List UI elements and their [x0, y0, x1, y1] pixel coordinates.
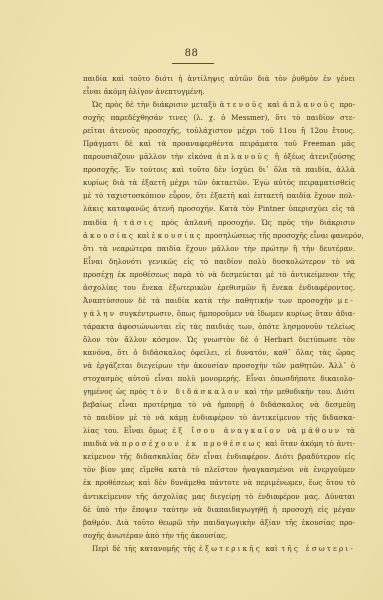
text-segment: κανόνα, ὅτι ὁ διδάσκαλος ὀφείλει, εἰ δυν…	[83, 348, 355, 357]
text-line: γημένος ὡς πρὸς τὸν διδάσκαλον καὶ τὴν μ…	[83, 385, 355, 398]
text-segment: γημένος ὡς πρὸς	[83, 387, 151, 396]
spaced-emphasis: ἑκουσίας	[152, 231, 203, 240]
text-line: ἀντικείμενον τῆς ἀσχολίας μας διεγείρῃ τ…	[83, 490, 355, 503]
text-segment: νὰ ἐργάζεται διεγείρων τὴν ἀκουσίαν προσ…	[83, 361, 355, 370]
spaced-emphasis: προσέχουν ἐκ προθέσεως	[122, 439, 263, 448]
text-segment: πρὸς ἀπλανῆ προσοχήν. Ὡς πρὸς τὴν διάκρι…	[155, 218, 355, 227]
spaced-emphasis: τάσις	[124, 218, 155, 227]
text-segment: στοχασμὸς αὐτοῦ εἶναι πολὺ μονομερής. Εἶ…	[83, 374, 355, 383]
text-segment: προσέχῃ ἐκ προθέσεως παρὰ τὸ νὰ δεσμεύετ…	[83, 270, 355, 279]
text-segment: Περὶ δὲ τῆς κατανομῆς τῆς	[92, 544, 199, 553]
text-line: παιδία καὶ τοῦτο διότι ἡ ἀντίληψις αὐτῶν…	[83, 72, 355, 85]
text-line: ρεῖται ἀτενοῦς προσοχῆς, τοὐλάχιστον μέχ…	[83, 124, 355, 137]
text-segment: δὲ ὑπὸ τὴν ἔποψιν ταύτην νὰ διαπαιδαγωγη…	[83, 505, 355, 514]
text-segment: Εἶναι δηλονότι γενικῶς εἰς τὸ παιδίον πο…	[83, 257, 355, 266]
text-segment: νὰ	[282, 426, 301, 435]
text-segment: προσοχῆς. Ἐν τούτοις καὶ τοῦτο δὲν ἰσχύε…	[83, 165, 355, 174]
text-segment: βεβαίως εἶναι προτέρημα τὸ νὰ ἠμπορῇ ὁ δ…	[83, 400, 355, 409]
text-line: Ἀναπτύσσουν δὲ τὰ παιδία κατὰ τὴν παθητι…	[83, 294, 355, 307]
text-line: Εἶναι δηλονότι γενικῶς εἰς τὸ παιδίον πο…	[83, 255, 355, 268]
text-segment: ὅτι τὰ νεαρώτερα παιδία ἔχουν μᾶλλον τὴν…	[83, 244, 355, 253]
spaced-emphasis: ἀκουσίας	[83, 231, 135, 240]
text-segment: καὶ ὅταν ἀκόμη τὸ ἀντι-	[263, 439, 355, 448]
spaced-emphasis: ἐξ ἴσου ἀναγκαῖον	[172, 426, 282, 435]
text-line: σοχῆς παρεδέχθησάν τινες (λ. χ. ὁ Messme…	[83, 111, 355, 124]
text-line: παιδία ἡ τάσις πρὸς ἀπλανῆ προσοχήν. Ὡς …	[83, 216, 355, 229]
text-line: παιδιὰ νὰ προσέχουν ἐκ προθέσεως καὶ ὅτα…	[83, 437, 355, 450]
text-segment: παιδία καὶ τοῦτο διότι ἡ ἀντίληψις αὐτῶν…	[83, 74, 355, 83]
text-line: νὰ ἐργάζεται διεγείρων τὴν ἀκουσίαν προσ…	[83, 359, 355, 372]
text-line: ἀκουσίας καὶ ἑκουσίας προσηλώσεως τῆς πρ…	[83, 229, 355, 242]
text-segment: ἐκ προθέσεως καὶ δὲν δυνάμεθα πάντοτε νὰ…	[83, 478, 355, 487]
text-segment: Πράγματι δὲ καὶ τὰ προαναφερθέντα πειράμ…	[83, 139, 355, 148]
page-number-underline	[172, 63, 214, 64]
text-line: λίας του. Εἶναι ὅμως ἐξ ἴσου ἀναγκαῖον ν…	[83, 424, 355, 437]
text-segment: καὶ	[262, 544, 281, 553]
text-line: ἐκ προθέσεως καὶ δὲν δυνάμεθα πάντοτε νὰ…	[83, 476, 355, 489]
text-line: λάκις καταφανῶς ἀτενῆ προσοχήν. Κατὰ τὸν…	[83, 202, 355, 215]
text-segment: βαθμόν. Διὰ τοῦτο θεωρῶ τὴν παιδαγωγικὴν…	[83, 518, 355, 527]
text-segment: ὅλον τὸν ἄλλον κόσμον. Ὡς γνωστὸν δὲ ὁ H…	[83, 335, 355, 344]
text-line: κανόνα, ὅτι ὁ διδάσκαλος ὀφείλει, εἰ δυν…	[83, 346, 355, 359]
text-line: εἶναι ἀκόμη ὀλίγον ἀνεπτυγμένη.	[83, 85, 355, 98]
text-line: Ὡς πρὸς δὲ τὴν διάκρισιν μεταξὺ ἀτενοῦς …	[83, 98, 355, 111]
page-number: 88	[0, 48, 383, 59]
text-segment: ρεῖται ἀτενοῦς προσοχῆς, τοὐλάχιστον μέχ…	[83, 126, 355, 135]
text-segment: καὶ τὴν μεθοδικήν του. Διότι	[241, 387, 355, 396]
spaced-emphasis: τῆς ἐσωτερι-	[281, 544, 355, 553]
text-line: κείμενον τῆς διδασκαλίας δὲν εἶναι ἐνδια…	[83, 450, 355, 463]
text-segment: συγκέντρωσιν, ὅπως ἠμποροῦμεν νὰ ἴδωμεν …	[116, 309, 355, 318]
text-segment: λάκις καταφανῶς ἀτενῆ προσοχήν. Κατὰ τὸν…	[83, 204, 355, 213]
spaced-emphasis: ἀπλανοῦς	[217, 152, 270, 161]
text-segment: κείμενον τῆς διδασκαλίας δὲν εἶναι ἐνδια…	[83, 452, 355, 461]
text-segment: προ-	[336, 100, 355, 109]
text-line: ὅτι τὰ νεαρώτερα παιδία ἔχουν μᾶλλον τὴν…	[83, 242, 355, 255]
text-line: μὲ τὸ ταχιστοσκόπιον εὗρον, ὅτι ἑξαετῆ κ…	[83, 189, 355, 202]
text-segment: ἀντικείμενον τῆς ἀσχολίας μας διεγείρῃ τ…	[83, 492, 355, 501]
text-line: ἀσχολίας του ἕνεκα ἐξωτερικῶν ἐρεθισμῶν …	[83, 281, 355, 294]
spaced-emphasis: μάθουν	[301, 426, 341, 435]
spaced-emphasis: ἀπλανοῦς	[283, 100, 336, 109]
text-line: παρουσιάζουν μᾶλλον τὴν εἰκόνα ἀπλανοῦς …	[83, 150, 355, 163]
text-segment: εἶναι ἀκόμη ὀλίγον ἀνεπτυγμένη.	[83, 87, 205, 96]
book-page: 88 παιδία καὶ τοῦτο διότι ἡ ἀντίληψις αὐ…	[0, 0, 383, 600]
text-segment: τὸ παιδίον μὲ τὸ νὰ κάμῃ ἐνδιαφέρον τὸ ἀ…	[83, 413, 355, 422]
text-line: προσέχῃ ἐκ προθέσεως παρὰ τὸ νὰ δεσμεύετ…	[83, 268, 355, 281]
spaced-emphasis: ἀτενοῦς	[220, 100, 265, 109]
text-line: Πράγματι δὲ καὶ τὰ προαναφερθέντα πειράμ…	[83, 137, 355, 150]
spaced-emphasis: τὸν διδάσκαλον	[151, 387, 242, 396]
text-segment: σοχῆς ἀνωτέραν ἀπὸ τὴν τῆς ἀκουσίας.	[83, 531, 227, 540]
text-segment: μὲ τὸ ταχιστοσκόπιον εὗρον, ὅτι ἑξαετῆ κ…	[83, 191, 355, 200]
text-segment: τὸν βίον μας εἴμεθα κατὰ τὸ πλεῖστον ἠνα…	[83, 465, 355, 474]
text-line: ὅλον τὸν ἄλλον κόσμον. Ὡς γνωστὸν δὲ ὁ H…	[83, 333, 355, 346]
text-segment: τάρακτα ἀφοσιώνωνται εἰς τὰς παιδιάς των…	[83, 322, 355, 331]
text-line: βαθμόν. Διὰ τοῦτο θεωρῶ τὴν παιδαγωγικὴν…	[83, 516, 355, 529]
text-line: δὲ ὑπὸ τὴν ἔποψιν ταύτην νὰ διαπαιδαγωγη…	[83, 503, 355, 516]
text-line: τὸ παιδίον μὲ τὸ νὰ κάμῃ ἐνδιαφέρον τὸ ἀ…	[83, 411, 355, 424]
spaced-emphasis: ἐξωτερικῆς	[199, 544, 262, 553]
text-segment: καὶ	[264, 100, 282, 109]
text-segment: σοχῆς παρεδέχθησάν τινες (λ. χ. ὁ Messme…	[83, 113, 355, 122]
text-line: τάρακτα ἀφοσιώνωνται εἰς τὰς παιδιάς των…	[83, 320, 355, 333]
text-line: σοχῆς ἀνωτέραν ἀπὸ τὴν τῆς ἀκουσίας.	[83, 529, 355, 542]
text-line: Περὶ δὲ τῆς κατανομῆς τῆς ἐξωτερικῆς καὶ…	[83, 542, 355, 555]
text-line: στοχασμὸς αὐτοῦ εἶναι πολὺ μονομερής. Εἶ…	[83, 372, 355, 385]
text-segment: καὶ	[135, 231, 152, 240]
text-line: γάλην συγκέντρωσιν, ὅπως ἠμποροῦμεν νὰ ἴ…	[83, 307, 355, 320]
text-line: βεβαίως εἶναι προτέρημα τὸ νὰ ἠμπορῇ ὁ δ…	[83, 398, 355, 411]
text-segment: παιδία ἡ	[83, 218, 124, 227]
text-segment: παιδιὰ νὰ	[83, 439, 122, 448]
text-segment: ἀσχολίας του ἕνεκα ἐξωτερικῶν ἐρεθισμῶν …	[83, 283, 355, 292]
text-segment: λίας του. Εἶναι ὅμως	[83, 426, 172, 435]
text-line: τὸν βίον μας εἴμεθα κατὰ τὸ πλεῖστον ἠνα…	[83, 463, 355, 476]
text-segment: Ἀναπτύσσουν δὲ τὰ παιδία κατὰ τὴν παθητι…	[83, 296, 338, 305]
body-text: παιδία καὶ τοῦτο διότι ἡ ἀντίληψις αὐτῶν…	[83, 72, 355, 555]
text-segment: τὰ	[341, 426, 355, 435]
text-segment: παρουσιάζουν μᾶλλον τὴν εἰκόνα	[83, 152, 217, 161]
text-segment: ἢ ὀξέως ἀτενιζούσης	[270, 152, 355, 161]
text-segment: κυρίως διὰ τὰ ἑξαετῆ μέχρι τῶν ὀκταετῶν.…	[83, 178, 355, 187]
text-segment: προσηλώσεως τῆς προσοχῆς εἶναι φανερόν,	[203, 231, 364, 240]
text-segment: Ὡς πρὸς δὲ τὴν διάκρισιν μεταξὺ	[92, 100, 220, 109]
text-line: προσοχῆς. Ἐν τούτοις καὶ τοῦτο δὲν ἰσχύε…	[83, 163, 355, 176]
text-line: κυρίως διὰ τὰ ἑξαετῆ μέχρι τῶν ὀκταετῶν.…	[83, 176, 355, 189]
spaced-emphasis: γάλην	[83, 309, 116, 318]
spaced-emphasis: με-	[338, 296, 355, 305]
